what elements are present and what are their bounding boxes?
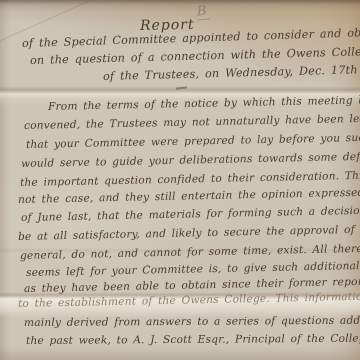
body-line: From the terms of the notice by which th… (48, 93, 360, 113)
body-line: seems left for your Committee is, to giv… (26, 259, 360, 279)
body-line: that your Committee were prepared to lay… (26, 130, 360, 151)
body-line: be at all satisfactory, and likely to se… (18, 222, 360, 243)
body-line: of June last, that the materials for for… (21, 204, 360, 224)
body-line: convened, the Trustees may not unnatural… (24, 111, 360, 132)
body-line: the past week, to A. J. Scott Esqr., Pri… (26, 333, 360, 347)
body-line: mainly derived from answers to a series … (24, 314, 360, 329)
header-line-4: of the Trustees, on Wednesday, Dec. 17th… (103, 62, 360, 83)
pencil-mark-b: B (196, 3, 209, 20)
body-line: would serve to guide your deliberations … (21, 149, 360, 170)
pencil-dash-mark (176, 86, 187, 89)
body-line: general, do not, and cannot for some tim… (20, 242, 360, 262)
body-line: not the case, and they still entertain t… (18, 185, 360, 206)
manuscript-page: B Report of the Special Committee appoin… (0, 0, 360, 360)
body-line: the important question confided to their… (20, 168, 360, 189)
